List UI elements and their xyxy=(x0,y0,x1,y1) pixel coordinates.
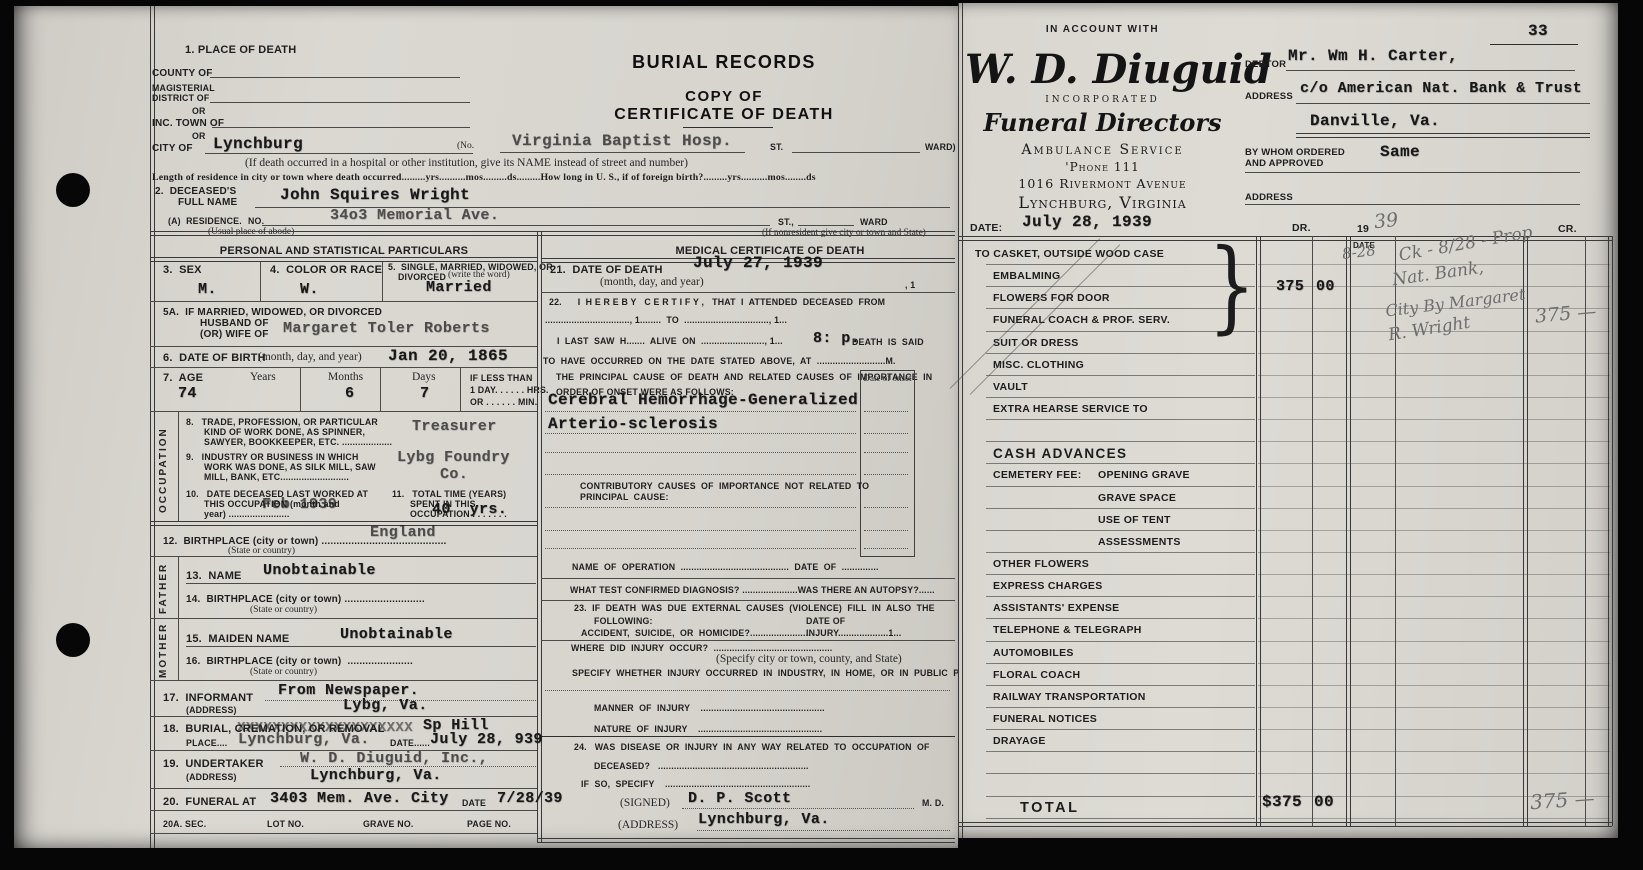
signed-address-value: Lynchburg, Va. xyxy=(698,811,830,828)
ordered-by-label-1: BY WHOM ORDERED xyxy=(1245,147,1345,158)
date-of-onset-box: Date of onset xyxy=(860,370,915,557)
st-label: ST. xyxy=(770,142,783,152)
date-value: July 28, 1939 xyxy=(1022,213,1152,231)
sec-label: 20A. SEC. xyxy=(163,819,206,829)
trade-label-2: KIND OF WORK DONE, AS SPINNER, xyxy=(204,427,365,437)
total-time-value: 40 yrs. xyxy=(432,501,507,518)
years-label: Years xyxy=(250,371,276,383)
where-injury-paren: (Specify city or town, county, and State… xyxy=(716,653,902,665)
cause-of-death-2: Arterio-sclerosis xyxy=(548,415,718,433)
where-injury-line: WHERE DID INJURY OCCUR? ................… xyxy=(571,643,832,653)
age-months-value: 6 xyxy=(345,385,354,402)
doc-title: BURIAL RECORDS xyxy=(594,52,854,73)
ledger-row-label: FLORAL COACH xyxy=(958,665,1080,686)
spouse-value: Margaret Toler Roberts xyxy=(283,320,490,337)
rule xyxy=(798,225,854,226)
rule xyxy=(864,507,908,508)
ledger-row: CEMETERY FEE: OPENING GRAVE xyxy=(958,465,1612,487)
debtor-address-value-1: c/o American Nat. Bank & Trust xyxy=(1300,80,1582,97)
ledger-row: TO CASKET, OUTSIDE WOOD CASE xyxy=(958,244,1612,266)
rule xyxy=(864,452,908,453)
ledger-row-label: CEMETERY FEE: xyxy=(958,465,1082,486)
informant-address-label: (ADDRESS) xyxy=(186,705,237,715)
rule xyxy=(150,367,538,368)
rule xyxy=(958,822,1612,827)
rule xyxy=(792,152,920,153)
rule xyxy=(300,367,301,411)
signed-address-label: (ADDRESS) xyxy=(618,819,678,831)
contributory-label-2: PRINCIPAL CAUSE: xyxy=(580,492,669,502)
mother-birthplace-paren: (State or country) xyxy=(250,667,317,677)
rule xyxy=(1312,236,1313,826)
occupation-side-label: OCCUPATION xyxy=(158,422,169,518)
husband-of-label: HUSBAND OF xyxy=(200,318,269,329)
hospital-no-label: (No. xyxy=(457,141,474,151)
charges-amount-dollars: 375 xyxy=(1276,278,1304,295)
lot-no-label: LOT NO. xyxy=(267,819,304,829)
rule xyxy=(178,618,179,680)
rule xyxy=(500,152,745,153)
rule xyxy=(1296,103,1590,104)
min-label: OR . . . . . . MIN. xyxy=(470,397,537,407)
ledger-row: USE OF TENT xyxy=(958,510,1612,532)
rule xyxy=(1245,204,1580,205)
sex-value: M. xyxy=(198,281,217,298)
months-label: Months xyxy=(328,371,363,383)
funeral-at-value: 3403 Mem. Ave. City xyxy=(270,790,449,807)
ledger-row-label: ASSISTANTS' EXPENSE xyxy=(958,598,1119,619)
debtor-label: DEBTOR xyxy=(1245,59,1286,70)
rule xyxy=(210,77,460,78)
firm-type: Funeral Directors xyxy=(975,108,1230,137)
scanned-burial-record: 1. PLACE OF DEATH COUNTY OF MAGISTERIAL … xyxy=(0,0,1643,870)
rule xyxy=(682,808,914,809)
residence-length-line: Length of residence in city or town wher… xyxy=(152,172,816,183)
ledger-row xyxy=(958,421,1612,443)
if-so-specify-line: IF SO, SPECIFY .........................… xyxy=(581,779,810,789)
undertaker-label: 19. UNDERTAKER xyxy=(163,758,264,770)
doc-subtitle-2: CERTIFICATE OF DEATH xyxy=(594,106,854,124)
undertaker-value: W. D. Diuguid, Inc., xyxy=(300,750,488,767)
or-label: OR xyxy=(192,106,206,116)
rule xyxy=(150,618,538,619)
industry-label-3: MILL, BANK, ETC.........................… xyxy=(204,472,349,482)
following-label: FOLLOWING: xyxy=(594,616,653,626)
debtor-address-value-2: Danville, Va. xyxy=(1310,112,1440,130)
days-label: Days xyxy=(412,371,436,383)
signed-label: (SIGNED) xyxy=(620,797,670,809)
rule xyxy=(1585,236,1586,826)
cr-column-label: CR. xyxy=(1558,223,1577,235)
ledger-row-label: TO CASKET, OUTSIDE WOOD CASE xyxy=(958,244,1164,265)
mother-name-label: 15. MAIDEN NAME xyxy=(186,633,289,645)
ledger-rows: TO CASKET, OUTSIDE WOOD CASE EMBALMING F… xyxy=(958,244,1612,820)
last-worked-value: Feb 1939 xyxy=(262,496,337,513)
charges-brace: } xyxy=(1208,238,1256,334)
dob-label: 6. DATE OF BIRTH xyxy=(163,352,266,364)
funeral-date-label: DATE xyxy=(462,798,486,808)
industry-value-2: Co. xyxy=(440,466,468,483)
rule xyxy=(205,153,473,154)
rule xyxy=(864,530,908,531)
magisterial-label: MAGISTERIAL xyxy=(152,83,215,93)
rule xyxy=(864,411,908,412)
ledger-row-sublabel: ASSESSMENTS xyxy=(1098,532,1181,553)
certify-line: 22. I H E R E B Y C E R T I F Y , THAT I… xyxy=(549,297,885,307)
manner-of-injury-line: MANNER OF INJURY .......................… xyxy=(594,703,825,713)
rule xyxy=(545,548,856,549)
column-divider xyxy=(537,231,542,843)
rule xyxy=(1256,236,1261,826)
signed-value: D. P. Scott xyxy=(688,790,791,807)
industry-label-2: WORK WAS DONE, AS SILK MILL, SAW xyxy=(204,462,376,472)
page-no-label: PAGE NO. xyxy=(467,819,511,829)
mother-birthplace-label: 16. BIRTHPLACE (city or town) ..........… xyxy=(186,656,413,667)
rule xyxy=(545,411,856,412)
rule xyxy=(864,548,908,549)
trade-value: Treasurer xyxy=(412,418,497,435)
ledger-row: OTHER FLOWERS xyxy=(958,554,1612,576)
doc-subtitle-1: COPY OF xyxy=(594,88,854,105)
year-printed-label: 19 xyxy=(1357,223,1369,235)
ledger-row: SUIT OR DRESS xyxy=(958,333,1612,355)
race-label: 4. COLOR OR RACE xyxy=(270,264,382,276)
ledger-row-label: DRAYAGE xyxy=(958,731,1046,752)
ledger-row: MISC. CLOTHING xyxy=(958,355,1612,377)
dr-column-label: DR. xyxy=(1292,222,1311,234)
personal-section-header: PERSONAL AND STATISTICAL PARTICULARS xyxy=(150,245,538,257)
rule xyxy=(538,838,955,843)
total-cents: 00 xyxy=(1314,793,1334,811)
rule xyxy=(150,833,538,834)
contributory-label-1: CONTRIBUTORY CAUSES OF IMPORTANCE NOT RE… xyxy=(580,481,869,491)
ledger-row-label: VAULT xyxy=(958,377,1028,398)
phone-label: 'Phone 111 xyxy=(975,160,1230,174)
year-handwritten: 39 xyxy=(1373,209,1399,233)
cause-of-death-1: Cerebral Hemorrhage-Generalized xyxy=(548,391,858,409)
ledger-row: AUTOMOBILES xyxy=(958,643,1612,665)
rule xyxy=(186,583,536,584)
rule xyxy=(186,646,536,647)
street-address-label: 1016 Rivermont Avenue xyxy=(975,176,1230,191)
rule xyxy=(541,578,955,579)
rule xyxy=(460,367,461,411)
in-account-with-label: IN ACCOUNT WITH xyxy=(975,24,1230,35)
grave-no-label: GRAVE NO. xyxy=(363,819,414,829)
ledger-row-sublabel: USE OF TENT xyxy=(1098,510,1171,531)
ledger-row: GRAVE SPACE xyxy=(958,488,1612,510)
ordered-by-label-2: AND APPROVED xyxy=(1245,158,1324,169)
rule xyxy=(150,556,538,557)
burial-date-label: DATE...... xyxy=(390,738,430,748)
age-days-value: 7 xyxy=(420,385,429,402)
father-side-label: FATHER xyxy=(158,560,169,616)
ledger-row: VAULT xyxy=(958,377,1612,399)
ledger-row-label: FLOWERS FOR DOOR xyxy=(958,288,1110,309)
ledger-row-label: AUTOMOBILES xyxy=(958,643,1074,664)
ledger-row xyxy=(958,753,1612,775)
father-birthplace-label: 14. BIRTHPLACE (city or town) ..........… xyxy=(186,594,425,605)
rule xyxy=(262,225,770,226)
md-label: M. D. xyxy=(922,798,944,808)
ward2-label: WARD xyxy=(860,217,888,227)
date-of-onset-label: Date of onset xyxy=(861,371,914,383)
rule xyxy=(210,102,470,103)
rule xyxy=(150,680,538,681)
rule xyxy=(1523,236,1528,826)
specify-where-line: SPECIFY WHETHER INJURY OCCURRED IN INDUS… xyxy=(572,668,987,678)
ledger-row-label: FUNERAL COACH & PROF. SERV. xyxy=(958,310,1170,331)
rule xyxy=(545,452,856,453)
rule xyxy=(1490,44,1578,45)
ledger-row: RAILWAY TRANSPORTATION xyxy=(958,687,1612,709)
ledger-row-label: RAILWAY TRANSPORTATION xyxy=(958,687,1146,708)
city-label: CITY OF xyxy=(152,143,193,154)
ledger-row-label: CASH ADVANCES xyxy=(958,443,1127,464)
rule xyxy=(1286,70,1575,71)
dod-year-stub: , 1 xyxy=(905,280,915,290)
ledger-row-label: MISC. CLOTHING xyxy=(958,355,1084,376)
last-saw-typed-value: 8: p. xyxy=(813,330,860,347)
burial-place-value: Lynchburg, Va. xyxy=(238,731,370,748)
rule xyxy=(178,556,179,618)
rule xyxy=(1608,236,1613,826)
certify-dates-line: ................................, 1.....… xyxy=(545,315,787,325)
ledger-row: ASSESSMENTS xyxy=(958,532,1612,554)
date-of-death-value: July 27, 1939 xyxy=(693,254,823,272)
st2-label: ST., xyxy=(778,217,794,227)
ledger-row-label: EXPRESS CHARGES xyxy=(958,576,1103,597)
ledger-row: ASSISTANTS' EXPENSE xyxy=(958,598,1612,620)
death-is-said-label: DEATH IS SAID xyxy=(852,337,924,347)
total-time-label-1: 11. TOTAL TIME (YEARS) xyxy=(392,489,506,499)
ordered-by-value: Same xyxy=(1380,143,1420,161)
ledger-row: CASH ADVANCES xyxy=(958,443,1612,465)
date-of-death-paren: (month, day, and year) xyxy=(600,276,704,288)
page-number: 33 xyxy=(1528,22,1548,40)
ledger-row: TELEPHONE & TELEGRAPH xyxy=(958,620,1612,642)
rule xyxy=(150,521,538,526)
informant-label: 17. INFORMANT xyxy=(163,692,253,704)
address2-label: ADDRESS xyxy=(1245,192,1293,203)
rule xyxy=(545,474,856,475)
rule xyxy=(150,788,538,789)
debtor-value: Mr. Wm H. Carter, xyxy=(1288,47,1458,65)
hospital-value: Virginia Baptist Hosp. xyxy=(512,132,732,150)
funeral-date-value: 7/28/39 xyxy=(497,790,563,807)
ledger-row-label: TELEPHONE & TELEGRAPH xyxy=(958,620,1142,641)
rule xyxy=(541,600,955,601)
trade-label-3: SAWYER, BOOKKEEPER, ETC. ...............… xyxy=(204,437,392,447)
birthplace-value: England xyxy=(370,524,436,541)
last-saw-line: I LAST SAW H....... ALIVE ON ...........… xyxy=(557,336,783,346)
deceased-q-line: DECEASED? ..............................… xyxy=(594,761,809,771)
ledger-row: DRAYAGE xyxy=(958,731,1612,753)
rule xyxy=(545,507,856,508)
city-value: Lynchburg xyxy=(213,135,303,153)
total-dollars: $375 xyxy=(1262,793,1302,811)
rule xyxy=(1245,172,1580,173)
father-name-value: Unobtainable xyxy=(263,562,376,579)
rule xyxy=(150,810,538,811)
rule xyxy=(260,262,261,301)
rule xyxy=(683,127,773,128)
rule xyxy=(150,231,955,236)
rule xyxy=(1346,236,1351,826)
related-occupation-line: 24. WAS DISEASE OR INJURY IN ANY WAY REL… xyxy=(574,742,930,752)
rule xyxy=(541,292,955,293)
form-left-border xyxy=(150,6,155,848)
rule xyxy=(150,411,538,412)
nature-of-injury-line: NATURE OF INJURY .......................… xyxy=(594,724,822,734)
ledger-row-label: OTHER FLOWERS xyxy=(958,554,1089,575)
handwritten-total-credit: 375 — xyxy=(1529,786,1595,814)
rule xyxy=(545,433,856,434)
accident-line: ACCIDENT, SUICIDE, OR HOMICIDE?.........… xyxy=(581,628,811,638)
funeral-at-label: 20. FUNERAL AT xyxy=(163,796,256,808)
residence-label: (A) RESIDENCE. xyxy=(168,216,242,226)
county-label: COUNTY OF xyxy=(152,68,213,79)
mother-side-label: MOTHER xyxy=(158,622,169,678)
trade-label-1: 8. TRADE, PROFESSION, OR PARTICULAR xyxy=(186,417,378,427)
ledger-row-label: TOTAL xyxy=(958,798,1079,819)
rule xyxy=(1296,133,1590,138)
deceased-item-label: 2. DECEASED'S xyxy=(155,186,236,197)
rule xyxy=(178,411,179,522)
residence-value: 34o3 Memorial Ave. xyxy=(330,207,499,224)
date-of-label: DATE OF xyxy=(806,616,845,626)
ledger-row-sublabel: OPENING GRAVE xyxy=(1098,465,1190,486)
ledger-row-label: SUIT OR DRESS xyxy=(958,333,1079,354)
or-label: OR xyxy=(192,131,206,141)
rule xyxy=(541,736,955,737)
father-name-label: 13. NAME xyxy=(186,570,242,582)
sex-label: 3. SEX xyxy=(163,264,202,276)
age-label: 7. AGE xyxy=(163,372,203,384)
ledger-row-label: EXTRA HEARSE SERVICE TO xyxy=(958,399,1148,420)
district-label: DISTRICT OF xyxy=(152,93,209,103)
rule xyxy=(380,367,381,411)
incorporated-label: INCORPORATED xyxy=(975,95,1230,105)
date-label: DATE: xyxy=(970,222,1002,234)
ledger-row: FUNERAL COACH & PROF. SERV. xyxy=(958,310,1612,332)
external-causes-line: 23. IF DEATH WAS DUE EXTERNAL CAUSES (VI… xyxy=(574,603,935,613)
wife-of-label: (OR) WIFE OF xyxy=(200,329,269,340)
ledger-row-label: FUNERAL NOTICES xyxy=(958,709,1097,730)
mother-name-value: Unobtainable xyxy=(340,626,453,643)
dob-paren: (month, day, and year) xyxy=(258,351,362,363)
spouse-label: 5A. IF MARRIED, WIDOWED, OR DIVORCED xyxy=(163,307,382,318)
rule xyxy=(150,301,538,302)
industry-value-1: Lybg Foundry xyxy=(397,449,510,466)
hospital-note: (If death occurred in a hospital or othe… xyxy=(245,157,688,169)
informant-address-value: Lybg, Va. xyxy=(343,697,428,714)
burial-place-label: PLACE.... xyxy=(186,738,227,748)
rule xyxy=(864,474,908,475)
charges-amount-cents: 00 xyxy=(1316,278,1335,295)
ledger-row-sublabel: GRAVE SPACE xyxy=(1098,488,1176,509)
operation-line: NAME OF OPERATION ......................… xyxy=(572,562,879,572)
rule xyxy=(545,690,950,691)
burial-date-value: July 28, 939 xyxy=(430,731,543,748)
rule xyxy=(382,262,383,301)
injury-line: INJURY...................1... xyxy=(806,628,901,638)
firm-name: W. D. Diuguid xyxy=(965,46,1240,93)
date-of-death-label: 21. DATE OF DEATH xyxy=(550,264,663,276)
rule xyxy=(864,433,908,434)
debtor-address-label: ADDRESS xyxy=(1245,91,1293,102)
ledger-row: EXPRESS CHARGES xyxy=(958,576,1612,598)
punch-hole xyxy=(56,623,90,657)
ward-label: WARD) xyxy=(925,142,956,152)
ambulance-service-label: Ambulance Service xyxy=(975,142,1230,158)
ledger-row-label: EMBALMING xyxy=(958,266,1060,287)
race-value: W. xyxy=(300,281,319,298)
undertaker-address-value: Lynchburg, Va. xyxy=(310,767,442,784)
ledger-row: FUNERAL NOTICES xyxy=(958,709,1612,731)
occurred-line: TO HAVE OCCURRED ON THE DATE STATED ABOV… xyxy=(543,356,896,366)
undertaker-address-label: (ADDRESS) xyxy=(186,772,237,782)
if-less-than-label: IF LESS THAN xyxy=(470,373,533,383)
rule xyxy=(545,530,856,531)
dob-value: Jan 20, 1865 xyxy=(388,347,508,365)
full-name-label: FULL NAME xyxy=(178,197,237,208)
deceased-name-value: John Squires Wright xyxy=(280,186,470,204)
age-years-value: 74 xyxy=(178,385,197,402)
ledger-row: EXTRA HEARSE SERVICE TO xyxy=(958,399,1612,421)
ledger-row: FLORAL COACH xyxy=(958,665,1612,687)
city-state-label: Lynchburg, Virginia xyxy=(975,193,1230,212)
autopsy-line: WHAT TEST CONFIRMED DIAGNOSIS? .........… xyxy=(570,585,935,595)
punch-hole xyxy=(56,173,90,207)
marital-value: Married xyxy=(426,279,492,296)
rule xyxy=(541,640,955,641)
birthplace-paren: (State or country) xyxy=(228,546,295,556)
rule xyxy=(212,127,470,128)
father-birthplace-paren: (State or country) xyxy=(250,605,317,615)
rule xyxy=(697,830,950,831)
industry-label-1: 9. INDUSTRY OR BUSINESS IN WHICH xyxy=(186,452,359,462)
place-of-death-label: 1. PLACE OF DEATH xyxy=(185,44,296,56)
